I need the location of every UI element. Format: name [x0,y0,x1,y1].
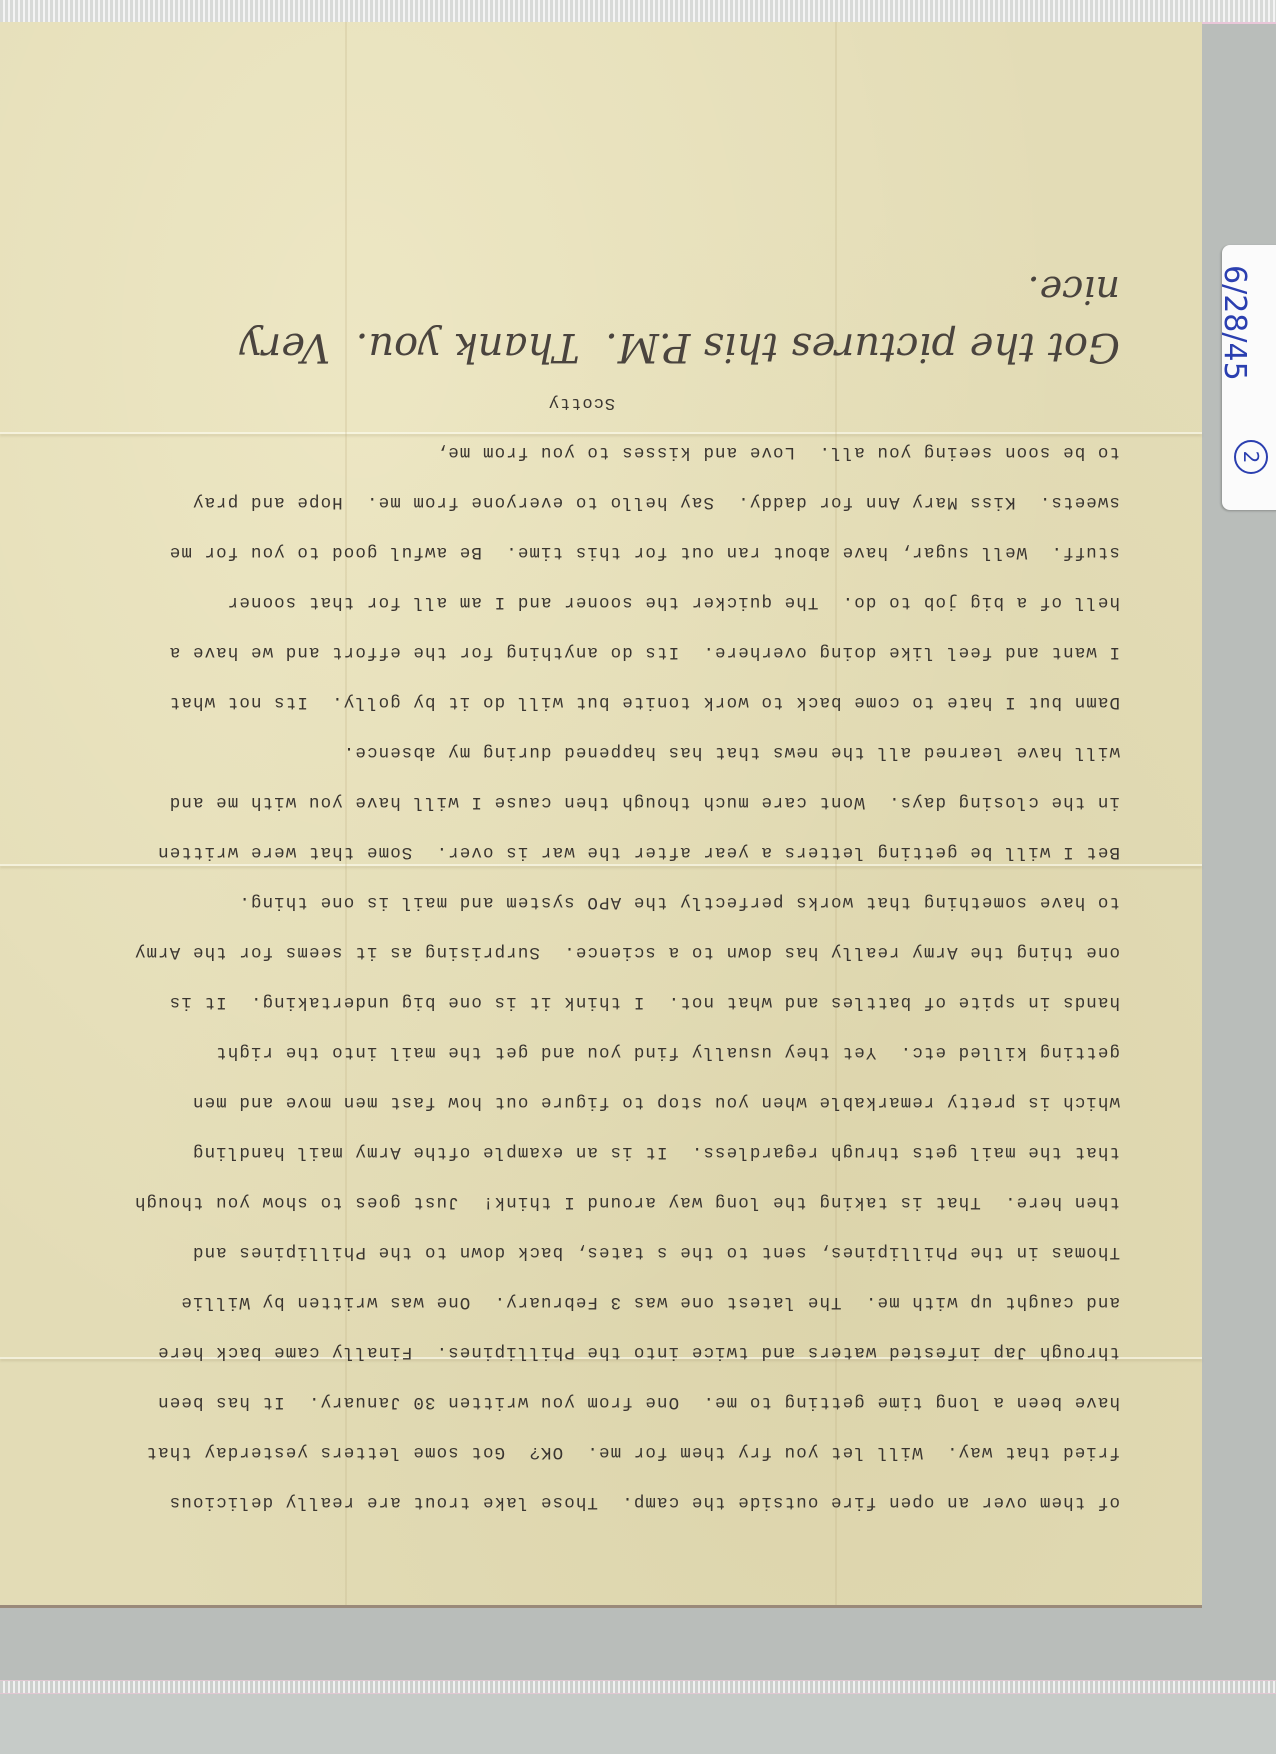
letter-line: that the mail gets thrugh regardless. It… [192,1142,1120,1162]
letter-line: which is pretty remarkable when you stop… [192,1092,1120,1112]
letter-line: sweets. Kiss Mary Ann for daddy. Say hel… [192,492,1120,512]
letter-line: Damn but I hate to come back to work ton… [169,692,1120,712]
label-date: 6/28/45 [1217,265,1252,381]
letter-line: stuff. Well sugar, have about ran out fo… [169,542,1120,562]
archival-date-label: 6/28/45 2 [1222,245,1276,510]
letter-line: through Jap infested waters and twice in… [157,1342,1120,1362]
signature: Scotty [548,393,615,412]
letter-line: in the closing days. Wont care much thou… [169,792,1120,812]
archival-sleeve-margin [0,1694,1276,1754]
letter-line: of them over an open fire outside the ca… [169,1492,1120,1512]
letter-line: getting killed etc. Yet they usually fin… [215,1042,1120,1062]
letter-line: then here. That is taking the long way a… [134,1192,1120,1212]
letter-line: I want and feel like doing overhere. Its… [169,642,1120,662]
letter-line: Bet I will be getting letters a year aft… [157,842,1120,862]
letter-line: have been a long time getting to me. One… [157,1392,1120,1412]
letter-line: fried that way. Will let you fry them fo… [145,1442,1120,1462]
letter-line: hell of a big job to do. The quicker the… [227,592,1120,612]
letter-line: and caught up with me. The latest one wa… [180,1292,1120,1312]
letter-body-upside-down: of them over an open fire outside the ca… [70,340,1120,1540]
letter-line: will have learned all the news that has … [343,742,1120,762]
letter-line: one thing the Army really has down to a … [134,942,1120,962]
handwritten-postscript-line-1: Got the pictures this P.M. Thank you. Ve… [240,324,1120,370]
archival-sleeve-top-edge [0,0,1276,24]
label-page-number: 2 [1234,440,1268,474]
letter-line: to have something that works perfectly t… [238,892,1120,912]
letter-line: Thomas in the Phillipines, sent to the s… [192,1242,1120,1262]
handwritten-postscript-line-2: nice. [1028,268,1120,312]
letter-line: to be soon seeing you all. Love and kiss… [435,442,1120,462]
archival-sleeve-bottom-edge [0,1680,1276,1695]
letter-line: hands in spite of battles and what not. … [169,992,1120,1012]
